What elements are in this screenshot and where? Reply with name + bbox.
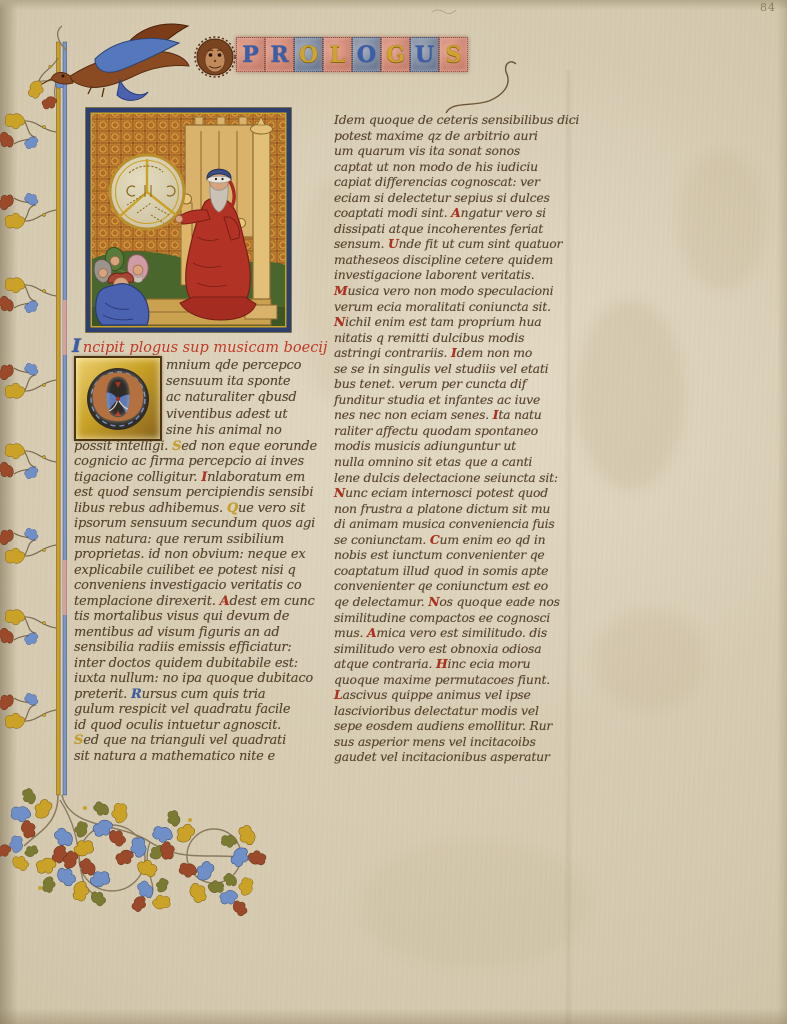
text-line: Musica vero non modo speculacioni — [334, 283, 560, 299]
text-line: gulum respicit vel quadratu facile — [74, 702, 306, 718]
header-letter-tile: L — [323, 37, 352, 72]
page-edge — [777, 0, 787, 1024]
text-line: bus tenet. verum per cuncta dif — [334, 376, 560, 392]
text-line: nitatis q remitti dulcibus modis — [334, 330, 560, 346]
header-letter-tile: U — [410, 37, 439, 72]
text-line: proprietas. id non obvium: neque ex — [74, 547, 306, 563]
text-line: similitudo vero est obnoxia odiosa — [334, 641, 560, 657]
left-text-column: mnium qde percepcosensuum ita sponteac n… — [74, 358, 306, 764]
left-column-intro: mnium qde percepcosensuum ita sponteac n… — [74, 358, 306, 439]
text-line: lene dulcis delectacione seiuncta sit: — [334, 470, 560, 486]
gold-disc — [110, 155, 184, 229]
text-line: preterit. Rursus cum quis tria — [74, 687, 306, 703]
text-line: iuxta nullum: no ipa quoque dubitaco — [74, 671, 306, 687]
text-line: mnium qde percepco — [166, 358, 306, 374]
rubric-incipit: Incipit plogus sup musicam boecij — [72, 335, 307, 357]
bottom-vine-spray — [0, 787, 279, 928]
text-line: funditur studia et infantes ac iuve — [334, 392, 560, 408]
stain — [360, 840, 590, 970]
text-line: sensibilia radiis emissis efficiatur: — [74, 640, 306, 656]
text-line: se se in singulis vel studiis vel etati — [334, 361, 560, 377]
header-letter-tile: O — [294, 37, 323, 72]
text-line: sepe eosdem audiens emollitur. Rur — [334, 718, 560, 734]
text-line: matheseos discipline cetere quidem — [334, 252, 560, 268]
parchment-crease — [564, 70, 573, 1024]
text-line: qe delectamur. Nos quoque eade nos — [334, 594, 560, 610]
text-line: inter doctos quidem dubitabile est: — [74, 656, 306, 672]
text-line: id quod oculis intuetur agnoscit. — [74, 718, 306, 734]
text-line: um quarum vis ita sonat sonos — [334, 143, 560, 159]
text-line: nobis est iunctum convenienter qe — [334, 547, 560, 563]
page-edge — [0, 0, 18, 1024]
page-edge — [0, 1008, 787, 1024]
text-line: ac naturaliter qbusd — [166, 390, 306, 406]
border-bar — [57, 42, 67, 795]
text-line: di animam musica conveniencia fuis — [334, 516, 560, 532]
text-line: mentibus ad visum figuris an ad — [74, 625, 306, 641]
text-line: raliter affectu quodam spontaneo — [334, 423, 560, 439]
text-line: nulla omnino sit etas que a canti — [334, 454, 560, 470]
text-line: conveniens investigacio veritatis co — [74, 578, 306, 594]
text-line: atque contraria. Hinc ecia moru — [334, 656, 560, 672]
text-line: Nichil enim est tam proprium hua — [334, 314, 560, 330]
text-line: sit natura a mathematico nite e — [74, 749, 306, 765]
text-line: coaptati modi sint. Angatur vero si — [334, 205, 560, 221]
text-line: sine his animal no — [166, 423, 306, 439]
text-line: potest maxime qz de arbitrio auri — [334, 128, 560, 144]
text-line: sus asperior mens vel incitacoibs — [334, 734, 560, 750]
right-text-column: Idem quoque de ceteris sensibilibus dici… — [334, 112, 560, 765]
rubric-text: ncipit plogus sup musicam boecij — [83, 340, 328, 356]
page-edge — [0, 0, 787, 10]
text-line: lascivioribus delectatur modis vel — [334, 703, 560, 719]
text-line: Lascivus quippe animus vel ipse — [334, 687, 560, 703]
text-line: Nunc eciam internosci potest quod — [334, 485, 560, 501]
text-line: viventibus adest ut — [166, 407, 306, 423]
header-letter-tile: G — [381, 37, 410, 72]
folio-number: 84 — [760, 1, 776, 14]
text-line: eciam si delectetur sepius si dulces — [334, 190, 560, 206]
text-line: captat ut non modo de his iudiciu — [334, 159, 560, 175]
text-line: nes nec non eciam senes. Ita natu — [334, 407, 560, 423]
text-line: dissipati atque incoherentes feriat — [334, 221, 560, 237]
text-line: sensuum ita sponte — [166, 374, 306, 390]
grotesque-mask-icon — [195, 37, 235, 77]
text-line: explicabile cuilibet ee potest nisi q — [74, 563, 306, 579]
text-line: possit intelligi. Sed non eque eorunde — [74, 439, 306, 455]
stain — [575, 300, 685, 490]
text-line: tigacione colligitur. Inlaboratum em — [74, 470, 306, 486]
dragon-icon — [42, 24, 189, 100]
text-line: libus rebus adhibemus. Que vero sit — [74, 501, 306, 517]
text-line: capiat differencias cognoscat: ver — [334, 174, 560, 190]
text-line: Idem quoque de ceteris sensibilibus dici — [334, 112, 560, 128]
text-line: quoque maxime permutacoes fiunt. — [334, 672, 560, 688]
prologus-header: P R O L O G U S — [236, 37, 468, 72]
text-line: Sed que na trianguli vel quadrati — [74, 733, 306, 749]
text-line: est quod sensum percipiendis sensibi — [74, 485, 306, 501]
header-letter-tile: R — [265, 37, 294, 72]
text-line: ipsorum sensuum secundum quos agi — [74, 516, 306, 532]
text-line: gaudet vel incitacionibus asperatur — [334, 749, 560, 765]
manuscript-page: 84 — [0, 0, 787, 1024]
text-line: astringi contrariis. Idem non mo — [334, 345, 560, 361]
text-line: cognicio ac firma percepcio ai inves — [74, 454, 306, 470]
text-line: mus natura: que rerum ssibilium — [74, 532, 306, 548]
text-line: convenienter qe coniunctum est eo — [334, 578, 560, 594]
header-letter-tile: S — [439, 37, 468, 72]
text-line: sensum. Unde fit ut cum sint quatuor — [334, 236, 560, 252]
stain — [680, 150, 765, 290]
text-line: investigacione laborent veritatis. — [334, 267, 560, 283]
stain — [595, 610, 705, 710]
text-line: templacione direxerit. Adest em cunc — [74, 594, 306, 610]
text-line: mus. Amica vero est similitudo. dis — [334, 625, 560, 641]
text-line: modis musicis adiunguntur ut — [334, 438, 560, 454]
text-line: coaptatum illud quod in somis apte — [334, 563, 560, 579]
text-line: non frustra a platone dictum sit mu — [334, 501, 560, 517]
rubric-initial: I — [72, 335, 81, 357]
text-line: tis mortalibus visus qui devum de — [74, 609, 306, 625]
header-letter-tile: O — [352, 37, 381, 72]
text-line: verum ecia moralitati coniuncta sit. — [334, 299, 560, 315]
text-line: similitudine compactos ee cognosci — [334, 610, 560, 626]
left-column-body: possit intelligi. Sed non eque eorundeco… — [74, 439, 306, 765]
miniature-boethius-enthroned — [85, 107, 292, 333]
header-letter-tile: P — [236, 37, 265, 72]
text-line: se coniunctam. Cum enim eo qd in — [334, 532, 560, 548]
